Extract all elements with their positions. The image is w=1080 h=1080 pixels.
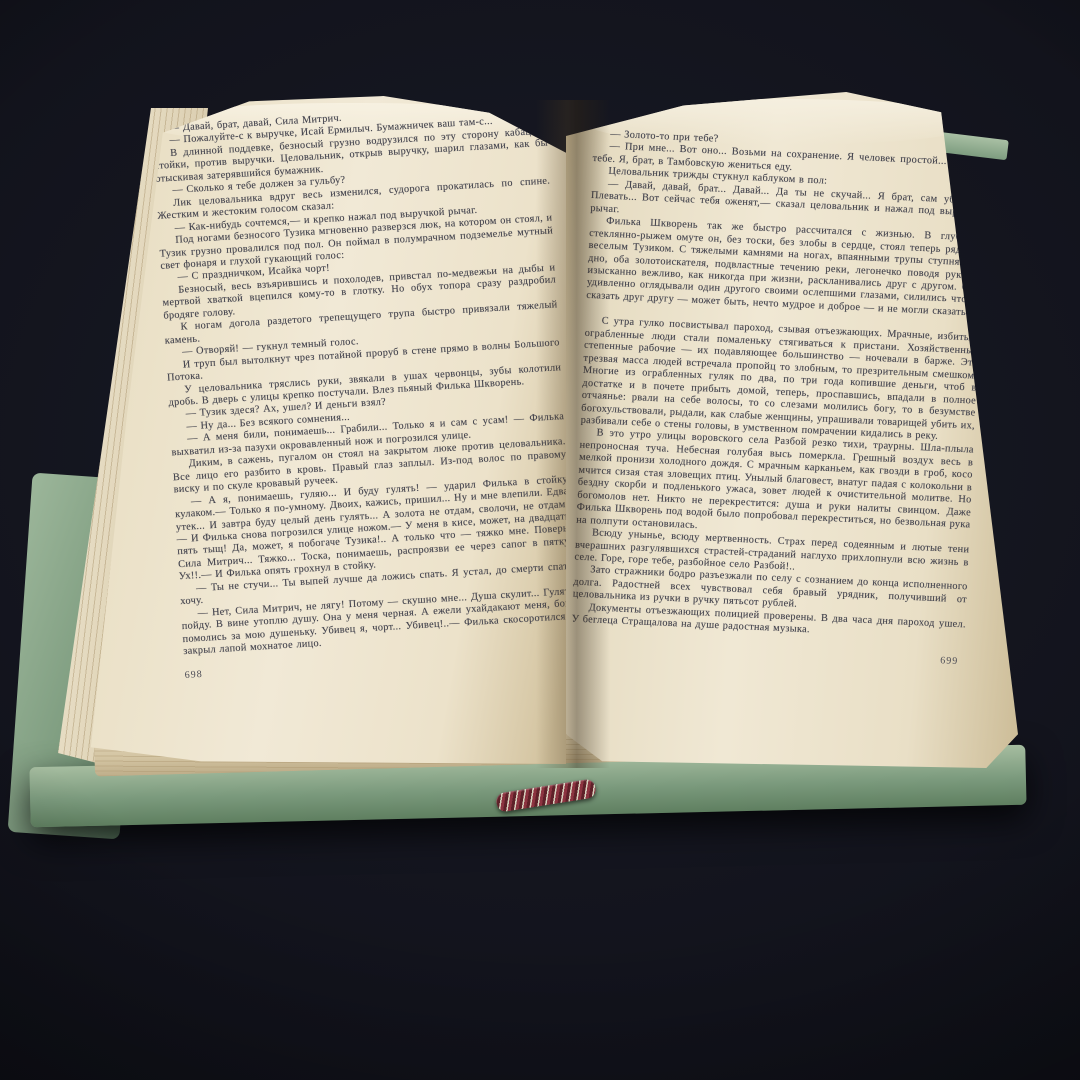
right-page-number: 699 xyxy=(570,638,964,667)
photo-background: — Давай, брат, давай, Сила Митрич.— Пожа… xyxy=(0,0,1080,1080)
right-page-paragraphs-bottom: С утра гулко посвистывал пароход, сзывая… xyxy=(571,315,979,644)
right-page-paragraphs-top: — Золото-то при тебе?— При мне... Вот он… xyxy=(586,128,988,320)
right-page: — Золото-то при тебе?— При мне... Вот он… xyxy=(566,92,1018,768)
paragraph: Филька Шкворень так же быстро рассчиталс… xyxy=(586,215,984,320)
right-page-content: — Золото-то при тебе?— При мне... Вот он… xyxy=(570,128,987,667)
paragraph: С утра гулко посвистывал пароход, сзывая… xyxy=(580,315,979,445)
left-page-paragraphs: — Давай, брат, давай, Сила Митрич.— Пожа… xyxy=(152,101,577,659)
left-page-content: — Давай, брат, давай, Сила Митрич.— Пожа… xyxy=(152,101,578,682)
open-book: — Давай, брат, давай, Сила Митрич.— Пожа… xyxy=(28,58,1036,833)
left-page: — Давай, брат, давай, Сила Митрич.— Пожа… xyxy=(86,96,566,764)
paragraph: В это утро улицы воровского села Разбой … xyxy=(576,427,974,544)
